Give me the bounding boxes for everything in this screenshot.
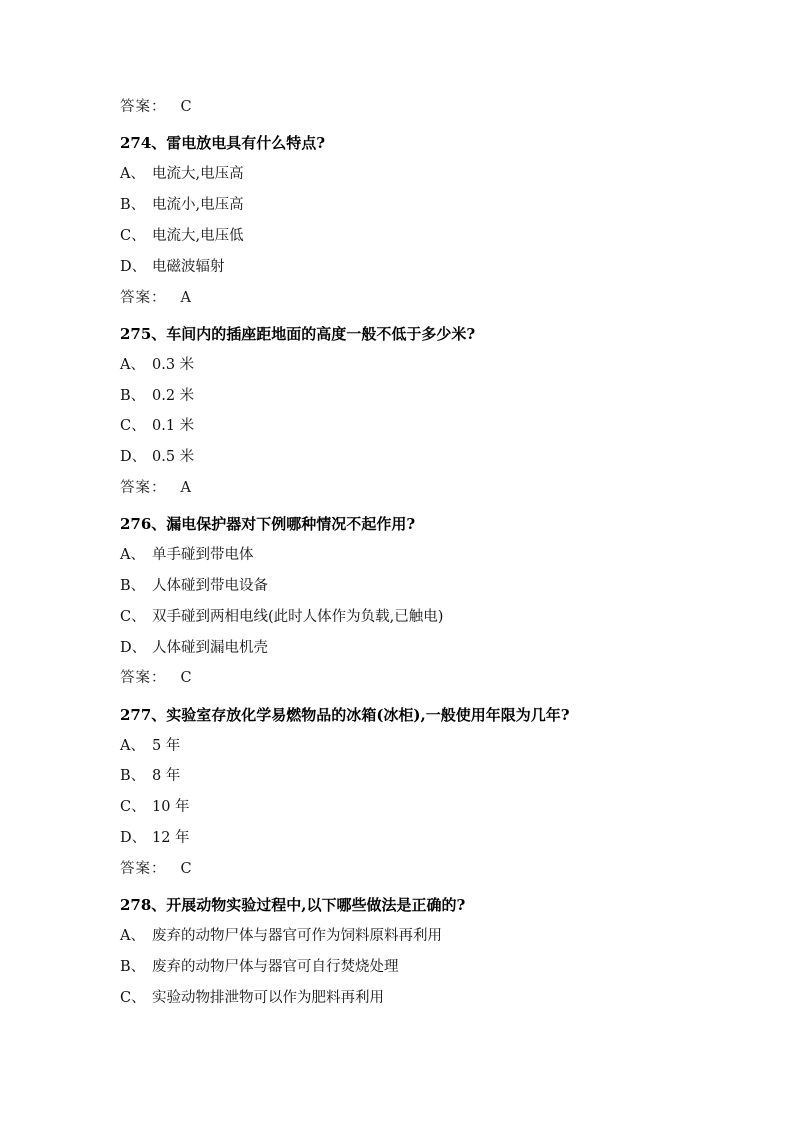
option-text: 实验动物排泄物可以作为肥料再利用 xyxy=(152,988,384,1008)
option-text: 电磁波辐射 xyxy=(152,257,225,277)
option-letter: C、 xyxy=(120,797,152,817)
option-letter: A、 xyxy=(120,164,152,184)
option-letter: B、 xyxy=(120,195,152,215)
option-text: 8 年 xyxy=(152,766,180,786)
option-letter: B、 xyxy=(120,576,152,596)
answer-value: A xyxy=(181,288,191,308)
option-text: 0.3 米 xyxy=(152,355,194,375)
question-title-275: 275、车间内的插座距地面的高度一般不低于多少米? xyxy=(120,324,475,344)
option-letter: B、 xyxy=(120,766,152,786)
option-letter: D、 xyxy=(120,828,152,848)
option-d: D、0.5 米 xyxy=(120,447,194,467)
question-title-274: 274、雷电放电具有什么特点? xyxy=(120,133,325,153)
answer-label: 答案： xyxy=(120,290,167,306)
answer-line: 答案：C xyxy=(120,97,192,117)
answer-value: C xyxy=(181,97,192,117)
option-text: 双手碰到两相电线(此时人体作为负载,已触电) xyxy=(152,607,443,627)
question-title-277: 277、实验室存放化学易燃物品的冰箱(冰柜),一般使用年限为几年? xyxy=(120,705,570,725)
option-text: 废弃的动物尸体与器官可作为饲料原料再利用 xyxy=(152,926,442,946)
answer-line: 答案：C xyxy=(120,859,192,879)
option-c: C、10 年 xyxy=(120,797,190,817)
answer-value: A xyxy=(181,478,191,498)
question-title-276: 276、漏电保护器对下例哪种情况不起作用? xyxy=(120,514,415,534)
option-c: C、实验动物排泄物可以作为肥料再利用 xyxy=(120,988,384,1008)
answer-line: 答案：A xyxy=(120,288,191,308)
answer-label: 答案： xyxy=(120,670,167,686)
option-letter: C、 xyxy=(120,416,152,436)
option-letter: A、 xyxy=(120,355,152,375)
option-c: C、0.1 米 xyxy=(120,416,194,436)
option-text: 0.5 米 xyxy=(152,447,194,467)
option-a: A、电流大,电压高 xyxy=(120,164,244,184)
option-text: 5 年 xyxy=(152,736,180,756)
option-text: 电流小,电压高 xyxy=(152,195,244,215)
option-letter: C、 xyxy=(120,988,152,1008)
option-text: 人体碰到漏电机壳 xyxy=(152,638,268,658)
answer-line: 答案：C xyxy=(120,668,192,688)
option-letter: B、 xyxy=(120,386,152,406)
option-c: C、电流大,电压低 xyxy=(120,226,244,246)
option-c: C、双手碰到两相电线(此时人体作为负载,已触电) xyxy=(120,607,443,627)
document-page: 答案：C 274、雷电放电具有什么特点? A、电流大,电压高 B、电流小,电压高… xyxy=(0,0,793,1122)
option-letter: D、 xyxy=(120,638,152,658)
option-a: A、单手碰到带电体 xyxy=(120,545,254,565)
option-letter: B、 xyxy=(120,957,152,977)
option-text: 废弃的动物尸体与器官可自行焚烧处理 xyxy=(152,957,399,977)
option-b: B、废弃的动物尸体与器官可自行焚烧处理 xyxy=(120,957,399,977)
option-letter: C、 xyxy=(120,226,152,246)
option-text: 10 年 xyxy=(152,797,190,817)
option-d: D、12 年 xyxy=(120,828,190,848)
question-title-278: 278、开展动物实验过程中,以下哪些做法是正确的? xyxy=(120,895,465,915)
option-letter: A、 xyxy=(120,736,152,756)
answer-line: 答案：A xyxy=(120,478,191,498)
option-b: B、0.2 米 xyxy=(120,386,194,406)
answer-label: 答案： xyxy=(120,861,167,877)
answer-label: 答案： xyxy=(120,99,167,115)
option-b: B、人体碰到带电设备 xyxy=(120,576,268,596)
option-b: B、8 年 xyxy=(120,766,180,786)
option-text: 0.1 米 xyxy=(152,416,194,436)
option-a: A、废弃的动物尸体与器官可作为饲料原料再利用 xyxy=(120,926,442,946)
option-text: 电流大,电压高 xyxy=(152,164,244,184)
option-letter: C、 xyxy=(120,607,152,627)
option-d: D、电磁波辐射 xyxy=(120,257,225,277)
option-letter: A、 xyxy=(120,926,152,946)
option-text: 12 年 xyxy=(152,828,190,848)
option-text: 0.2 米 xyxy=(152,386,194,406)
option-text: 电流大,电压低 xyxy=(152,226,244,246)
answer-value: C xyxy=(181,668,192,688)
option-letter: D、 xyxy=(120,447,152,467)
option-a: A、0.3 米 xyxy=(120,355,194,375)
option-d: D、人体碰到漏电机壳 xyxy=(120,638,268,658)
answer-value: C xyxy=(181,859,192,879)
answer-label: 答案： xyxy=(120,480,167,496)
option-text: 人体碰到带电设备 xyxy=(152,576,268,596)
option-a: A、5 年 xyxy=(120,736,180,756)
option-b: B、电流小,电压高 xyxy=(120,195,244,215)
option-text: 单手碰到带电体 xyxy=(152,545,254,565)
option-letter: A、 xyxy=(120,545,152,565)
option-letter: D、 xyxy=(120,257,152,277)
